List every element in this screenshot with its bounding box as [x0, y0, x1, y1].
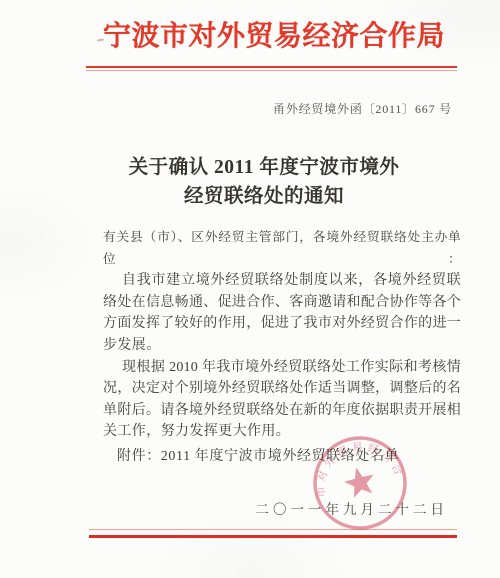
document-title: 关于确认 2011 年度宁波市境外 经贸联络处的通知 [70, 153, 458, 211]
body-line: 况，决定对个别境外经贸联络处作适当调整，调整后的名 [103, 378, 461, 400]
letterhead-double-rule [86, 66, 457, 71]
body-line: 单附后。请各境外经贸联络处在新的年度依据职责开展相 [103, 400, 461, 422]
body-line: 方面发挥了较好的作用，促进了我市对外经贸合作的进一 [103, 313, 461, 335]
attachment-line: 附件：2011 年度宁波市境外经贸联络处名单 [103, 447, 461, 467]
body-line: 现根据 2010 年我市境外经贸联络处工作实际和考核情 [103, 357, 461, 379]
scanned-official-document: 宁波市对外贸易经济合作局 甬外经贸境外函〔2011〕667 号 关于确认 201… [0, 0, 500, 578]
document-number: 甬外经贸境外函〔2011〕667 号 [86, 100, 452, 118]
footer-double-rule [89, 529, 457, 538]
document-body: 有关县（市）、区外经贸主管部门，各境外经贸联络处主办单位：自我市建立境外经贸联络… [103, 227, 461, 443]
body-line: 络处在信息畅通、促进合作、客商邀请和配合协作等各个 [103, 292, 461, 314]
document-date: 二〇一一年九月二十二日 [103, 500, 448, 520]
seal-star-icon [341, 464, 377, 499]
letterhead-org-name: 宁波市对外贸易经济合作局 [88, 17, 460, 57]
seal-ring-text: 宁波市对外贸易经济合作局 [310, 433, 409, 503]
body-line: 关工作，努力发挥更大作用。 [103, 421, 461, 443]
body-line: 自我市建立境外经贸联络处制度以来，各境外经贸联 [103, 270, 461, 292]
body-line: 有关县（市）、区外经贸主管部门，各境外经贸联络处主办单位： [103, 227, 461, 270]
body-line: 步发展。 [103, 335, 461, 357]
document-title-line2: 经贸联络处的通知 [70, 182, 458, 211]
document-title-line1: 关于确认 2011 年度宁波市境外 [70, 153, 458, 182]
svg-text:宁波市对外贸易经济合作局: 宁波市对外贸易经济合作局 [310, 433, 409, 503]
